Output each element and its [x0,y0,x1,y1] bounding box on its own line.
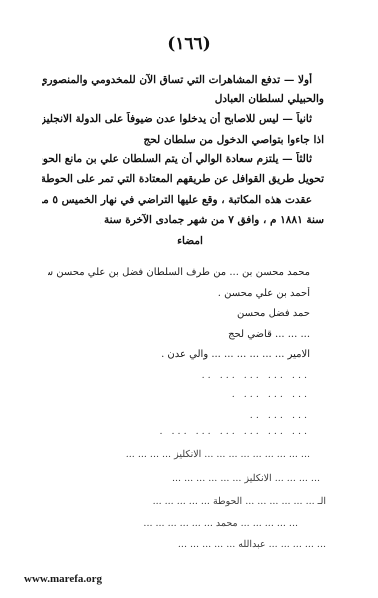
page-number: (١٦٦) [0,34,378,54]
signature-line-10: ... ... ... ... ... ... ... ... ... الان… [44,448,310,462]
signature-line-9: ... ... ... ... ... ... ... [160,425,310,439]
paragraph-2-line-1: ثانياً — ليس للاصابح أن يدخلوا عدن ضيوفا… [42,112,312,126]
signature-line-5: الامير ... ... ... ... ... ... والي عدن … [118,348,310,362]
signature-line-13: ... ... ... ... ... محمد ... ... ... ...… [52,517,298,531]
paragraph-2-line-2: اذا جاءوا بتواصي الدخول من سلطان لحج [42,133,324,147]
paragraph-3-line-2: تحويل طريق القوافل عن طريقهم المعتادة ال… [42,172,324,186]
signature-line-7: ... ... ... ... [230,388,310,402]
signature-line-2: أحمد بن علي محسن . [100,287,310,301]
signature-line-6: ... ... ... ... ... [200,369,310,383]
signature-line-12: الـ ... ... ... ... ... ... الحوطة ... .… [44,495,326,509]
signature-line-4: ... ... ... قاضي لحج [200,328,310,342]
signature-line-11: ... ... ... ... الانكليز ... ... ... ...… [44,472,320,486]
footer-watermark-url: www.marefa.org [24,573,102,585]
paragraph-3-line-1: ثالثاً — يلتزم سعادة الوالي أن يتم السلط… [42,152,312,166]
signature-line-14: ... ... ... ... ... عبدالله ... ... ... … [52,538,326,552]
scanned-document-page: (١٦٦) أولا — تدفع المشاهرات التي تساق ال… [0,0,378,598]
paragraph-4-line-1: عقدت هذه المكاتبة ، وقع عليها التراضي في… [42,193,312,207]
signature-line-3: حمد فضل محسن [100,307,310,321]
paragraph-4-line-2: سنة ١٨٨١ م ، وافق ٧ من شهر جمادى الآخرة … [100,213,324,227]
paragraph-1-line-2: والحبيلي لسلطان العبادل [42,92,324,106]
signature-line-1: محمد محسن بن ... من طرف السلطان فضل بن ع… [48,266,310,280]
signature-line-8: ... ... ... [250,409,310,423]
signatures-heading: امضاء [140,234,240,248]
paragraph-1-line-1: أولا — تدفع المشاهرات التي تساق الآن للم… [42,73,312,87]
